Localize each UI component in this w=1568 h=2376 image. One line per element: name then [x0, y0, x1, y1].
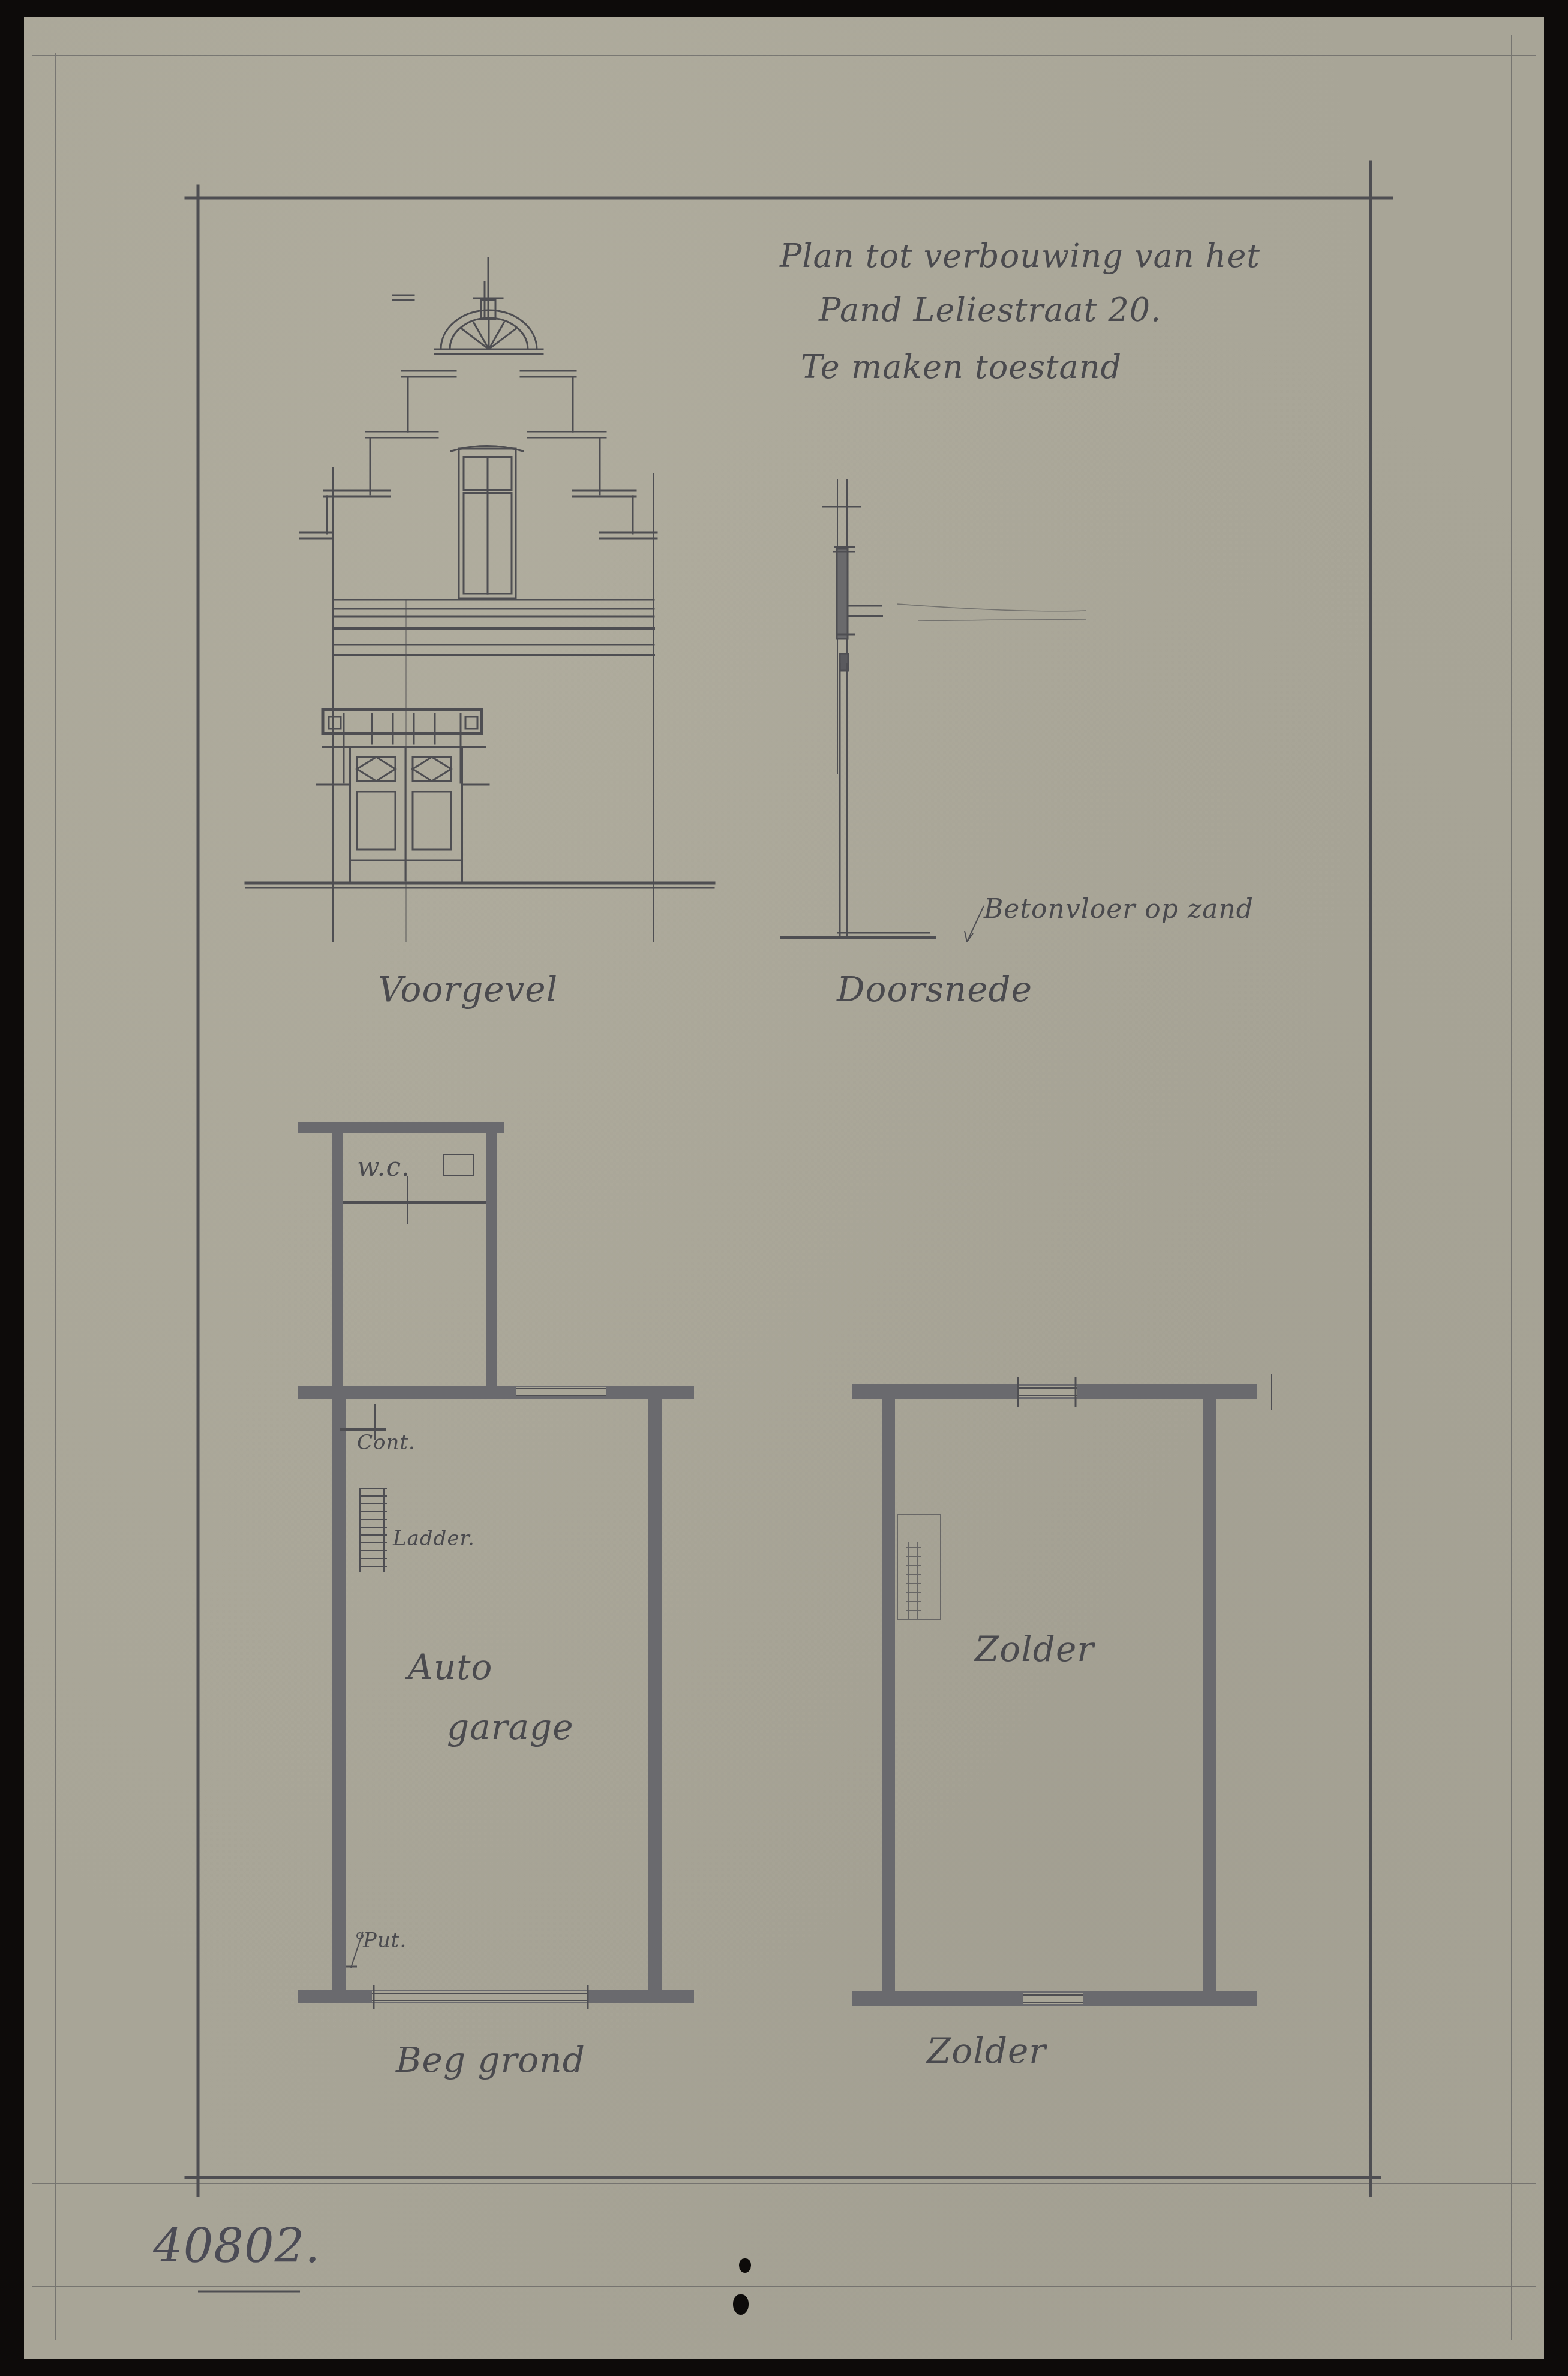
paper-hole-top: [739, 2258, 751, 2273]
front-elevation-label: Voorgevel: [378, 969, 558, 1010]
well-annotation: Put.: [363, 1929, 407, 1953]
attic-room-label: Zolder: [975, 1629, 1094, 1669]
attic-hatch-icon: [897, 1515, 941, 1620]
attic-plan-drawing: [852, 1374, 1272, 2006]
archive-number: 40802.: [153, 2219, 320, 2273]
section-wall: [780, 507, 1086, 942]
wc-label: w.c.: [357, 1152, 410, 1182]
garage-label-line1: Auto: [408, 1647, 492, 1687]
ladder-icon: [359, 1488, 387, 1572]
section-and-plans: [0, 0, 1568, 2376]
title-line-3: Te maken toestand: [801, 348, 1122, 386]
section-annotation: Betonvloer op zand: [984, 894, 1254, 924]
ladder-annotation: Ladder.: [393, 1527, 475, 1551]
garage-label-line2: garage: [447, 1707, 573, 1747]
title-line-2: Pand Leliestraat 20.: [819, 291, 1161, 329]
title-line-1: Plan tot verbouwing van het: [780, 237, 1260, 275]
paper-hole-bottom: [733, 2294, 749, 2315]
meter-annotation: Cont.: [357, 1431, 416, 1455]
attic-plan-label: Zolder: [927, 2030, 1046, 2071]
ground-floor-label: Beg grond: [396, 2039, 585, 2080]
ground-floor-plan-drawing: [298, 1122, 694, 2009]
section-label: Doorsnede: [837, 969, 1032, 1010]
